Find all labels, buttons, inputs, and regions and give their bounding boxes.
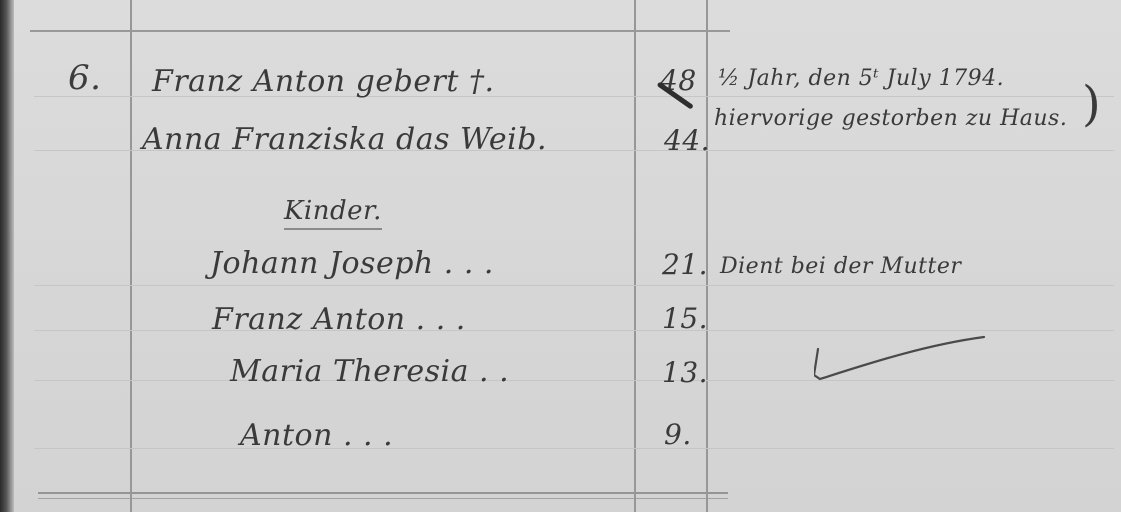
wife-name: Anna Franziska das Weib. (142, 122, 547, 157)
children-heading: Kinder. (284, 196, 382, 230)
check-mark-icon (814, 335, 994, 385)
child-name: Franz Anton . . . (212, 302, 466, 337)
remark-bracket: ) (1082, 76, 1101, 132)
faint-line (34, 448, 1114, 449)
register-page: 6. Franz Anton gebert †. 48 Anna Franzis… (14, 0, 1121, 512)
entry-number: 6. (68, 58, 101, 98)
column-divider-age (634, 0, 636, 512)
head-name: Franz Anton gebert †. (152, 64, 495, 99)
child-name: Maria Theresia . . (230, 354, 509, 389)
column-divider-number (130, 0, 132, 512)
remark-line-3: Dient bei der Mutter (720, 254, 961, 279)
remark-line-1: ½ Jahr, den 5ᵗ July 1794. (718, 66, 1004, 91)
top-rule (30, 30, 730, 32)
faint-line (34, 330, 1114, 331)
child-age: 9. (664, 418, 692, 451)
wife-age: 44. (664, 124, 710, 157)
child-age: 15. (662, 302, 708, 335)
remark-line-2: hiervorige gestorben zu Haus. (714, 106, 1067, 131)
child-name: Anton . . . (240, 418, 393, 453)
bottom-rule (38, 492, 728, 499)
faint-line (34, 285, 1114, 286)
child-age: 13. (662, 356, 708, 389)
child-age: 21. (662, 248, 708, 281)
scan-edge-shadow (0, 0, 14, 512)
child-name: Johann Joseph . . . (210, 246, 494, 281)
